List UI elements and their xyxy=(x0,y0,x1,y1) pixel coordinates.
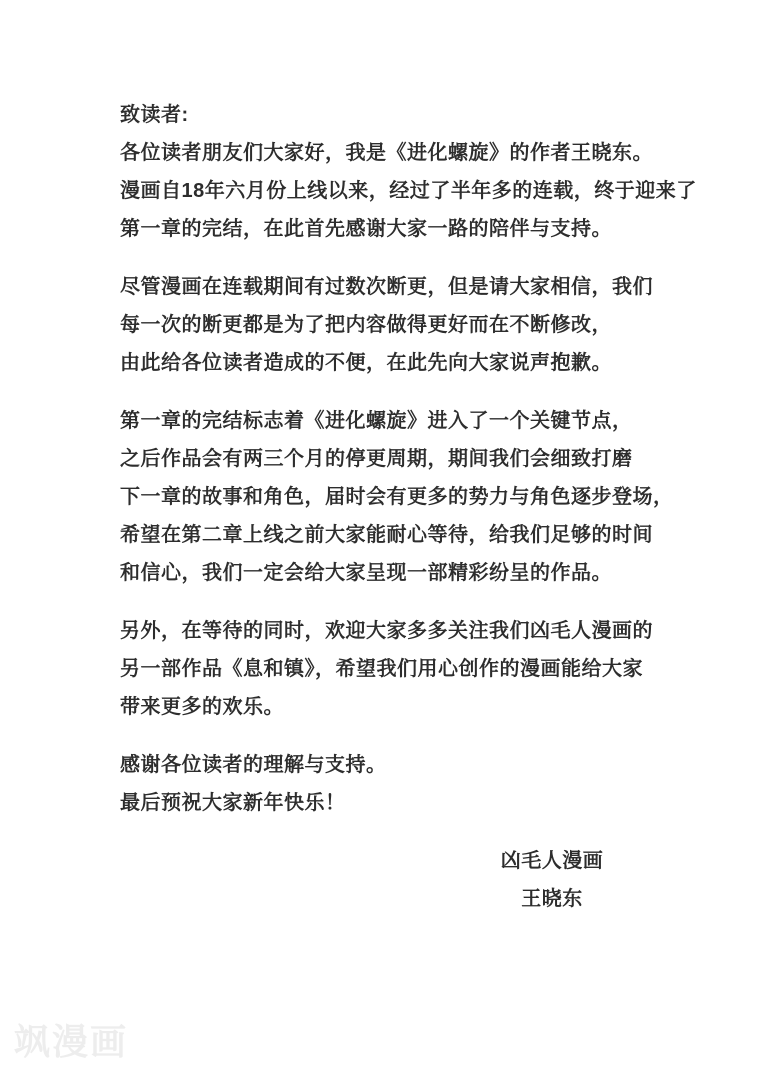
letter-paragraph-apology: 尽管漫画在连载期间有过数次断更，但是请大家相信，我们 每一次的断更都是为了把内容… xyxy=(120,268,700,382)
letter-body: 致读者: 各位读者朋友们大家好，我是《进化螺旋》的作者王晓东。 漫画自18年六月… xyxy=(120,96,700,918)
paragraph-line: 感谢各位读者的理解与支持。 xyxy=(120,746,700,784)
paragraph-line: 第一章的完结标志着《进化螺旋》进入了一个关键节点， xyxy=(120,402,700,440)
letter-paragraph-greeting: 致读者: 各位读者朋友们大家好，我是《进化螺旋》的作者王晓东。 漫画自18年六月… xyxy=(120,96,700,248)
paragraph-line: 漫画自18年六月份上线以来，经过了半年多的连载，终于迎来了 xyxy=(120,172,700,210)
paragraph-line: 希望在第二章上线之前大家能耐心等待，给我们足够的时间 xyxy=(120,516,700,554)
paragraph-line: 每一次的断更都是为了把内容做得更好而在不断修改， xyxy=(120,306,700,344)
signature-studio: 凶毛人漫画 xyxy=(447,842,657,880)
paragraph-line: 另一部作品《息和镇》，希望我们用心创作的漫画能给大家 xyxy=(120,650,700,688)
paragraph-line: 之后作品会有两三个月的停更周期，期间我们会细致打磨 xyxy=(120,440,700,478)
paragraph-line: 另外，在等待的同时，欢迎大家多多关注我们凶毛人漫画的 xyxy=(120,612,700,650)
paragraph-line: 和信心，我们一定会给大家呈现一部精彩纷呈的作品。 xyxy=(120,554,700,592)
reader-letter-page: { "page": { "background": "#ffffff", "te… xyxy=(0,0,760,1070)
paragraph-line: 带来更多的欢乐。 xyxy=(120,688,700,726)
letter-paragraph-other-work: 另外，在等待的同时，欢迎大家多多关注我们凶毛人漫画的 另一部作品《息和镇》，希望… xyxy=(120,612,700,726)
site-watermark: 飒漫画 xyxy=(14,1020,128,1064)
paragraph-line: 下一章的故事和角色，届时会有更多的势力与角色逐步登场， xyxy=(120,478,700,516)
paragraph-line: 最后预祝大家新年快乐！ xyxy=(120,784,700,822)
paragraph-line: 第一章的完结，在此首先感谢大家一路的陪伴与支持。 xyxy=(120,210,700,248)
letter-paragraph-thanks: 感谢各位读者的理解与支持。 最后预祝大家新年快乐！ xyxy=(120,746,700,822)
salutation-line: 致读者: xyxy=(120,96,700,134)
paragraph-line: 各位读者朋友们大家好，我是《进化螺旋》的作者王晓东。 xyxy=(120,134,700,172)
paragraph-line: 尽管漫画在连载期间有过数次断更，但是请大家相信，我们 xyxy=(120,268,700,306)
signature-block: 凶毛人漫画 王晓东 xyxy=(447,842,657,918)
signature-author: 王晓东 xyxy=(447,880,657,918)
paragraph-line: 由此给各位读者造成的不便，在此先向大家说声抱歉。 xyxy=(120,344,700,382)
letter-paragraph-hiatus-plan: 第一章的完结标志着《进化螺旋》进入了一个关键节点， 之后作品会有两三个月的停更周… xyxy=(120,402,700,592)
